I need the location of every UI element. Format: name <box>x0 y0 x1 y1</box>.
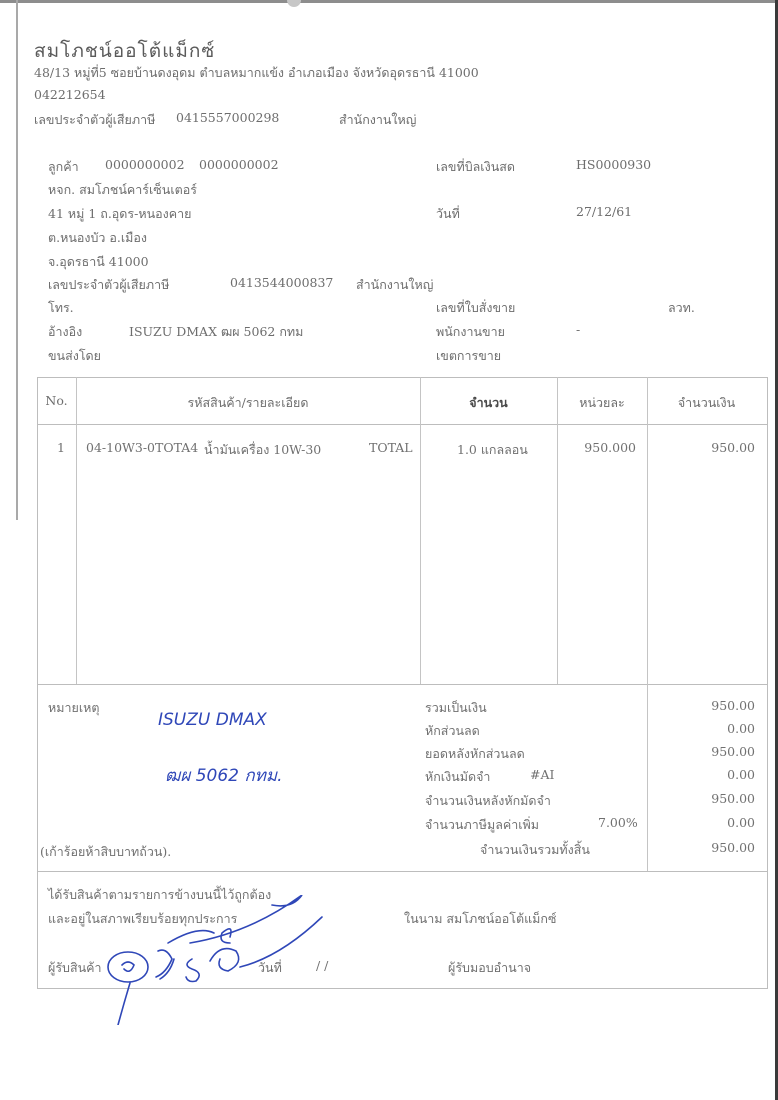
col-divider <box>76 377 77 684</box>
summary-value: 0.00 <box>647 721 755 736</box>
staple-mark <box>287 0 301 7</box>
header-divider <box>37 424 767 425</box>
handwritten-remark-1: ISUZU DMAX <box>158 710 267 730</box>
company-address: 48/13 หมู่ที่5 ซอยบ้านดงอุดม ตำบลหมากแข้… <box>34 63 479 83</box>
sales-order-suffix: ลวท. <box>668 298 695 318</box>
items-bottom-divider <box>37 684 767 685</box>
row-code: 04-10W3-0TOTA4 <box>86 440 198 455</box>
row-quantity: 1.0 แกลลอน <box>457 440 528 460</box>
authorized-signer-label: ผู้รับมอบอำนาจ <box>448 958 531 978</box>
summary-label: หักส่วนลด <box>425 721 480 741</box>
row-unit-price: 950.000 <box>557 440 636 455</box>
invoice-number-label: เลขที่บิลเงินสด <box>436 157 515 177</box>
scan-edge-left <box>16 0 18 520</box>
company-branch: สำนักงานใหญ่ <box>339 110 416 130</box>
reference-value: ISUZU DMAX ฒผ 5062 กทม <box>129 322 303 342</box>
customer-branch: สำนักงานใหญ่ <box>356 275 433 295</box>
company-name: สมโภชน์ออโต้แม็กซ์ <box>34 36 215 66</box>
remarks-label: หมายเหตุ <box>48 698 99 718</box>
summary-value: 950.00 <box>647 791 755 806</box>
row-brand: TOTAL <box>369 440 413 455</box>
grand-total-value: 950.00 <box>647 840 755 855</box>
invoice-date: 27/12/61 <box>576 204 632 219</box>
summary-value: 0.00 <box>647 815 755 830</box>
on-behalf-of: ในนาม สมโภชน์ออโต้แม็กซ์ <box>404 909 556 929</box>
header-description: รหัสสินค้า/รายละเอียด <box>76 393 420 413</box>
header-unit-price: หน่วยละ <box>557 393 647 413</box>
customer-phone-label: โทร. <box>48 298 74 318</box>
sales-order-label: เลขที่ใบสั่งขาย <box>436 298 515 318</box>
customer-code-1: 0000000002 <box>105 157 185 172</box>
salesperson-value: - <box>576 322 580 337</box>
invoice-number: HS0000930 <box>576 157 651 172</box>
summary-label: จำนวนเงินหลังหักมัดจำ <box>425 791 551 811</box>
customer-address-2: ต.หนองบัว อ.เมือง <box>48 228 147 248</box>
scan-edge-top <box>0 0 778 3</box>
row-amount: 950.00 <box>647 440 755 455</box>
summary-value: 950.00 <box>647 744 755 759</box>
row-description: น้ำมันเครื่อง 10W-30 <box>204 440 321 460</box>
summary-bottom-divider <box>37 871 767 872</box>
header-no: No. <box>37 393 76 408</box>
summary-label: จำนวนภาษีมูลค่าเพิ่ม <box>425 815 539 835</box>
receiver-label: ผู้รับสินค้า <box>48 958 102 978</box>
summary-label: หักเงินมัดจำ <box>425 767 490 787</box>
summary-value: 0.00 <box>647 767 755 782</box>
salesperson-label: พนักงานขาย <box>436 322 505 342</box>
customer-tax-id-label: เลขประจำตัวผู้เสียภาษี <box>48 275 169 295</box>
customer-label: ลูกค้า <box>48 157 79 177</box>
col-divider <box>557 377 558 684</box>
summary-extra: 7.00% <box>598 815 638 830</box>
customer-tax-id: 0413544000837 <box>230 275 333 290</box>
header-quantity: จำนวน <box>420 393 557 413</box>
company-tax-id-label: เลขประจำตัวผู้เสียภาษี <box>34 110 155 130</box>
summary-extra: #AI <box>530 767 554 782</box>
amount-in-words: (เก้าร้อยห้าสิบบาทถ้วน). <box>40 842 171 862</box>
customer-code-2: 0000000002 <box>199 157 279 172</box>
company-phone: 042212654 <box>34 87 106 102</box>
handwritten-remark-2: ฒผ 5062 กทม. <box>165 762 283 789</box>
customer-address-1: 41 หมู่ 1 ถ.อุดร-หนองคาย <box>48 204 191 224</box>
header-amount: จำนวนเงิน <box>647 393 766 413</box>
row-no: 1 <box>57 440 65 455</box>
summary-label: รวมเป็นเงิน <box>425 698 487 718</box>
customer-address-3: จ.อุดรธานี 41000 <box>48 252 149 272</box>
summary-label: ยอดหลังหักส่วนลด <box>425 744 525 764</box>
invoice-date-label: วันที่ <box>436 204 460 224</box>
grand-total-label: จำนวนเงินรวมทั้งสิ้น <box>480 840 590 860</box>
summary-value: 950.00 <box>647 698 755 713</box>
shipping-label: ขนส่งโดย <box>48 346 101 366</box>
reference-label: อ้างอิง <box>48 322 82 342</box>
customer-name: หจก. สมโภชน์คาร์เซ็นเตอร์ <box>48 180 197 200</box>
sales-area-label: เขตการขาย <box>436 346 501 366</box>
company-tax-id: 0415557000298 <box>176 110 279 125</box>
receiver-signature <box>100 895 340 1025</box>
col-divider <box>420 377 421 684</box>
